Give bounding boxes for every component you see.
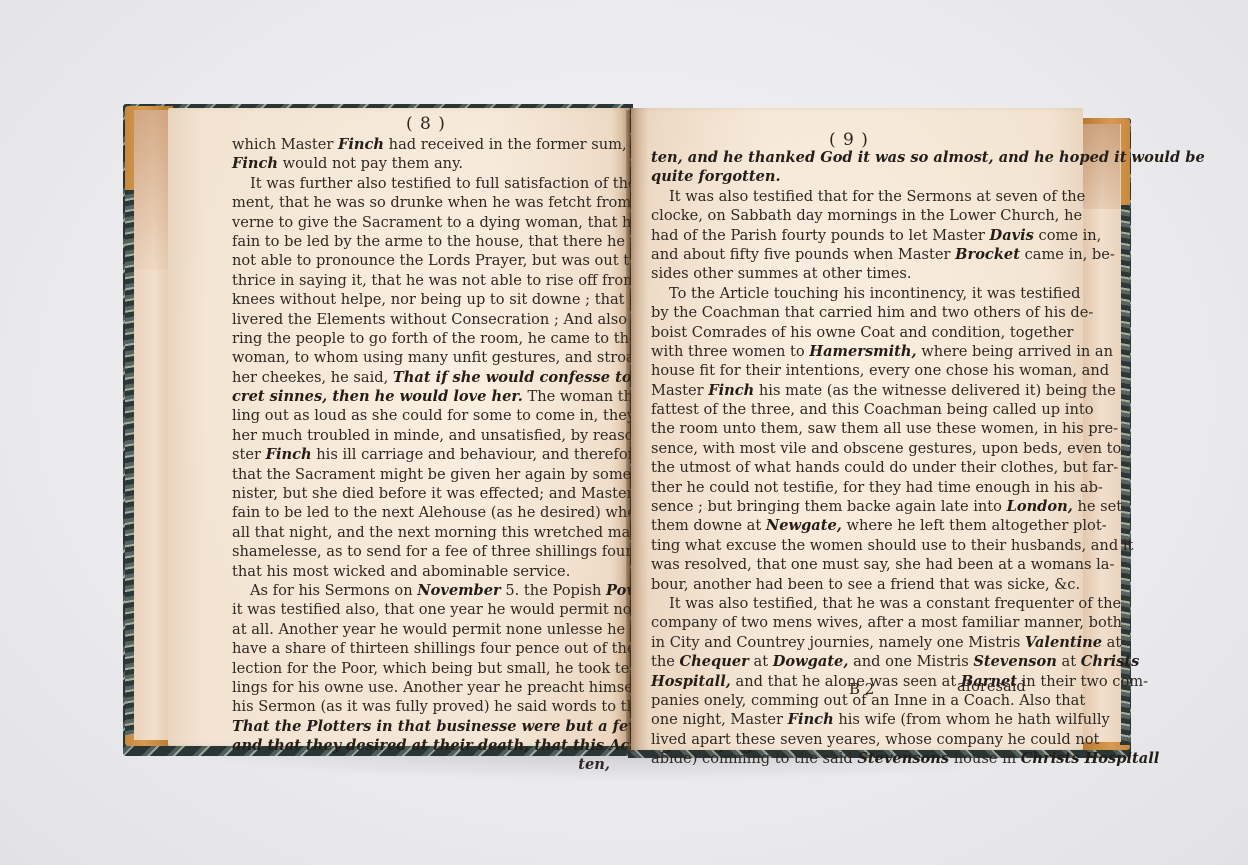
text-run: lived apart these seven yeares, whose co…: [651, 731, 1099, 748]
text-run: It was further also testified to full sa…: [250, 175, 689, 192]
italic-name: Hamersmith,: [809, 343, 916, 360]
text-run: had of the Parish fourty pounds to let M…: [651, 227, 990, 244]
text-line: nister, but she died before it was effec…: [232, 484, 610, 503]
italic-name: Davis: [990, 227, 1034, 244]
italic-name: Hospitall,: [651, 673, 731, 690]
text-run: at: [749, 653, 773, 670]
text-line: ster Finch his ill carriage and behaviou…: [232, 445, 610, 464]
text-line: fain to be led to the next Alehouse (as …: [232, 503, 610, 522]
text-run: house in: [949, 750, 1021, 767]
text-run: his wife (from whom he hath wilfully: [834, 711, 1110, 728]
text-line: sence ; but bringing them backe again la…: [651, 497, 1023, 516]
text-run: at: [1057, 653, 1081, 670]
text-line: It was also testified, that he was a con…: [651, 594, 1023, 613]
text-line: To the Article touching his incontinency…: [651, 284, 1023, 303]
text-line: have a share of thirteen shillings four …: [232, 639, 610, 658]
text-run: was resolved, that one must say, she had…: [651, 556, 1114, 573]
text-line: and about fifty five pounds when Master …: [651, 245, 1023, 264]
text-run: at all. Another year he would permit non…: [232, 621, 673, 638]
text-run: with three women to: [651, 343, 809, 360]
text-run: It was also testified that for the Sermo…: [669, 188, 1085, 205]
text-line: it was testified also, that one year he …: [232, 600, 610, 619]
text-run: one night, Master: [651, 711, 788, 728]
text-run: woman, to whom using many unfit gestures…: [232, 349, 667, 366]
text-line: clocke, on Sabbath day mornings in the L…: [651, 206, 1023, 225]
text-run: not able to pronounce the Lords Prayer, …: [232, 252, 683, 269]
text-line: the room unto them, saw them all use the…: [651, 419, 1023, 438]
right-page: ( 9 ) ten, and he thanked God it was so …: [631, 108, 1083, 750]
text-line: by the Coachman that carried him and two…: [651, 303, 1023, 322]
text-line: ling out as loud as she could for some t…: [232, 406, 610, 425]
text-run: verne to give the Sacrament to a dying w…: [232, 214, 673, 231]
text-run: sides other summes at other times.: [651, 265, 912, 282]
italic-name: Finch: [788, 711, 834, 728]
text-line: livered the Elements without Consecratio…: [232, 310, 610, 329]
text-run: it was testified also, that one year he …: [232, 601, 694, 618]
italic-name: Stevensons: [857, 750, 949, 767]
text-line: ten, and he thanked God it was so almost…: [651, 148, 1023, 167]
text-line: sides other summes at other times.: [651, 264, 1023, 283]
text-run: Master: [651, 382, 708, 399]
italic-name: Christs Hospitall: [1021, 750, 1159, 767]
text-run: and that he alone was seen at: [731, 673, 961, 690]
text-line: the Chequer at Dowgate, and one Mistris …: [651, 652, 1023, 671]
text-line: house fit for their intentions, every on…: [651, 361, 1023, 380]
text-line: that the Sacrament might be given her ag…: [232, 465, 610, 484]
page-text: which Master Finch had received in the f…: [232, 135, 610, 756]
text-run: would not pay them any.: [278, 155, 463, 172]
italic-name: quite forgotten.: [651, 168, 781, 185]
text-line: ting what excuse the women should use to…: [651, 536, 1023, 555]
text-run: have a share of thirteen shillings four …: [232, 640, 670, 657]
italic-name: Finch: [266, 446, 312, 463]
text-line: not able to pronounce the Lords Prayer, …: [232, 251, 610, 270]
text-run: her cheekes, he said,: [232, 369, 393, 386]
text-line: quite forgotten.: [651, 167, 1023, 186]
text-line: one night, Master Finch his wife (from w…: [651, 710, 1023, 729]
text-run: that his most wicked and abominable serv…: [232, 563, 570, 580]
text-run: in their two com-: [1017, 673, 1148, 690]
text-line: It was also testified that for the Sermo…: [651, 187, 1023, 206]
text-line: lings for his owne use. Another year he …: [232, 678, 610, 697]
text-run: bour, another had been to see a friend t…: [651, 576, 1080, 593]
text-run: To the Article touching his incontinency…: [669, 285, 1080, 302]
text-line: at all. Another year he would permit non…: [232, 620, 610, 639]
text-run: clocke, on Sabbath day mornings in the L…: [651, 207, 1082, 224]
text-line: sence, with most vile and obscene gestur…: [651, 439, 1023, 458]
text-run: As for his Sermons on: [250, 582, 417, 599]
text-run: where he left them altogether plot-: [842, 517, 1107, 534]
italic-name: ten, and he thanked God it was so almost…: [651, 149, 1205, 166]
text-run: at: [1102, 634, 1121, 651]
text-line: and that they desired at their death, th…: [232, 736, 610, 755]
text-run: ring the people to go forth of the room,…: [232, 330, 683, 347]
text-run: ster: [232, 446, 266, 463]
italic-name: Finch: [338, 136, 384, 153]
text-run: the room unto them, saw them all use the…: [651, 420, 1118, 437]
text-run: thrice in saying it, that he was not abl…: [232, 272, 663, 289]
italic-name: London,: [1007, 498, 1073, 515]
text-line: shamelesse, as to send for a fee of thre…: [232, 542, 610, 561]
text-line: ring the people to go forth of the room,…: [232, 329, 610, 348]
text-run: It was also testified, that he was a con…: [669, 595, 1121, 612]
text-line: in City and Countrey journies, namely on…: [651, 633, 1023, 652]
text-line: woman, to whom using many unfit gestures…: [232, 348, 610, 367]
text-line: abide) comming to the said Stevensons ho…: [651, 749, 1023, 768]
text-run: them downe at: [651, 517, 766, 534]
text-line: bour, another had been to see a friend t…: [651, 575, 1023, 594]
text-run: he set: [1073, 498, 1122, 515]
page-text: ten, and he thanked God it was so almost…: [651, 148, 1023, 769]
text-run: lection for the Poor, which being but sm…: [232, 660, 675, 677]
text-line: knees without helpe, nor being up to sit…: [232, 290, 610, 309]
text-run: ling out as loud as she could for some t…: [232, 407, 682, 424]
text-run: company of two mens wives, after a most …: [651, 614, 1122, 631]
text-line: was resolved, that one must say, she had…: [651, 555, 1023, 574]
text-run: sence, with most vile and obscene gestur…: [651, 440, 1121, 457]
italic-name: Finch: [708, 382, 754, 399]
text-line: her cheekes, he said, That if she would …: [232, 368, 610, 387]
text-line: lection for the Poor, which being but sm…: [232, 659, 610, 678]
italic-name: Dowgate,: [773, 653, 849, 670]
italic-name: Brocket: [955, 246, 1020, 263]
text-run: ther he could not testifie, for they had…: [651, 479, 1103, 496]
text-run: 5. the Popish: [501, 582, 606, 599]
italic-name: cret sinnes, then he would love her.: [232, 388, 523, 405]
stain-right: [1082, 124, 1120, 209]
text-line: thrice in saying it, that he was not abl…: [232, 271, 610, 290]
text-line: verne to give the Sacrament to a dying w…: [232, 213, 610, 232]
text-run: knees without helpe, nor being up to sit…: [232, 291, 675, 308]
text-run: come in,: [1034, 227, 1101, 244]
text-run: all that night, and the next morning thi…: [232, 524, 694, 541]
catchword: ten,: [578, 756, 610, 773]
text-run: fattest of the three, and this Coachman …: [651, 401, 1094, 418]
text-run: which Master: [232, 136, 338, 153]
text-run: came in, be-: [1020, 246, 1115, 263]
text-line: them downe at Newgate, where he left the…: [651, 516, 1023, 535]
text-run: where being arrived in an: [917, 343, 1113, 360]
italic-name: Newgate,: [766, 517, 842, 534]
text-line: fain to be led by the arme to the house,…: [232, 232, 610, 251]
text-run: in City and Countrey journies, namely on…: [651, 634, 1025, 651]
page-number: ( 8 ): [406, 114, 446, 134]
text-line: company of two mens wives, after a most …: [651, 613, 1023, 632]
text-line: ment, that he was so drunke when he was …: [232, 193, 610, 212]
text-run: sence ; but bringing them backe again la…: [651, 498, 1007, 515]
italic-name: Christs: [1081, 653, 1140, 670]
text-line: which Master Finch had received in the f…: [232, 135, 610, 154]
text-run: fain to be led by the arme to the house,…: [232, 233, 658, 250]
text-run: livered the Elements without Consecratio…: [232, 311, 667, 328]
text-run: his mate (as the witnesse delivered it) …: [754, 382, 1115, 399]
text-run: abide) comming to the said: [651, 750, 857, 767]
text-line: That the Plotters in that businesse were…: [232, 717, 610, 736]
text-line: It was further also testified to full sa…: [232, 174, 610, 193]
italic-name: Finch: [232, 155, 278, 172]
text-run: by the Coachman that carried him and two…: [651, 304, 1093, 321]
text-run: and about fifty five pounds when Master: [651, 246, 955, 263]
text-line: As for his Sermons on November 5. the Po…: [232, 581, 610, 600]
text-run: the utmost of what hands could do under …: [651, 459, 1118, 476]
text-line: with three women to Hamersmith, where be…: [651, 342, 1023, 361]
text-line: fattest of the three, and this Coachman …: [651, 400, 1023, 419]
text-line: boist Comrades of his owne Coat and cond…: [651, 323, 1023, 342]
text-run: boist Comrades of his owne Coat and cond…: [651, 324, 1073, 341]
text-line: had of the Parish fourty pounds to let M…: [651, 226, 1023, 245]
text-line: cret sinnes, then he would love her. The…: [232, 387, 610, 406]
text-line: ther he could not testifie, for they had…: [651, 478, 1023, 497]
text-run: and one Mistris: [848, 653, 973, 670]
text-run: ting what excuse the women should use to…: [651, 537, 1133, 554]
text-line: all that night, and the next morning thi…: [232, 523, 610, 542]
page-number: ( 9 ): [829, 130, 869, 150]
italic-name: Chequer: [680, 653, 749, 670]
italic-name: November: [417, 582, 500, 599]
signature-mark: B 2: [849, 680, 874, 698]
text-run: nister, but she died before it was effec…: [232, 485, 638, 502]
text-line: the utmost of what hands could do under …: [651, 458, 1023, 477]
catchword: aforesaid: [957, 678, 1026, 695]
text-line: Master Finch his mate (as the witnesse d…: [651, 381, 1023, 400]
text-line: his Sermon (as it was fully proved) he s…: [232, 697, 610, 716]
text-line: her much troubled in minde, and unsatisf…: [232, 426, 610, 445]
text-line: lived apart these seven yeares, whose co…: [651, 730, 1023, 749]
text-run: the: [651, 653, 680, 670]
left-page: ( 8 ) which Master Finch had received in…: [168, 108, 630, 746]
italic-name: Stevenson: [973, 653, 1057, 670]
italic-name: Valentine: [1025, 634, 1102, 651]
text-run: ment, that he was so drunke when he was …: [232, 194, 671, 211]
text-line: that his most wicked and abominable serv…: [232, 562, 610, 581]
text-line: Finch would not pay them any.: [232, 154, 610, 173]
text-run: house fit for their intentions, every on…: [651, 362, 1109, 379]
